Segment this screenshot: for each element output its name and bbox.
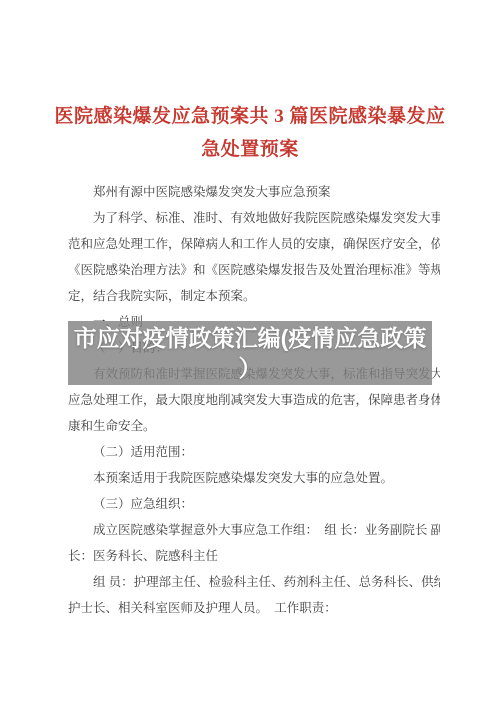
body-text-line: 康和生命安全。: [68, 413, 440, 439]
document-title: 医院感染爆发应急预案共 3 篇医院感染暴发应 急处置预案: [20, 100, 480, 166]
body-text-line: 长：医务科长、院感科主任: [68, 543, 440, 569]
title-line-1: 医院感染爆发应急预案共 3 篇医院感染暴发应: [20, 100, 480, 133]
body-text-line: 《医院感染治理方法》和《医院感染爆发报告及处置治理标准》等规: [68, 257, 440, 283]
body-text-line: 定，结合我院实际，制定本预案。: [68, 283, 440, 309]
body-text-line: （三）应急组织：: [68, 491, 440, 517]
body-text-line: 应急处理工作，最大限度地削减突发大事造成的危害，保障患者身体安: [68, 387, 440, 413]
body-text-line: 为了科学、标准、准时、有效地做好我院医院感染爆发突发大事防: [68, 205, 440, 231]
body-text-line: 郑州有源中医院感染爆发突发大事应急预案: [68, 179, 440, 205]
body-text-line: 组 员：护理部主任、检验科主任、药剂科主任、总务科长、供给室: [68, 569, 440, 595]
watermark-overlay: 市应对疫情政策汇编(疫情应急政策 ）: [68, 321, 432, 385]
body-text-line: 成立医院感染掌握意外大事应急工作组： 组 长：业务副院长 副组: [68, 517, 440, 543]
body-text-line: 护士长、相关科室医师及护理人员。 工作职责：: [68, 595, 440, 621]
watermark-text-line2: ）: [68, 353, 432, 383]
body-text-line: 范和应急处理工作，保障病人和工作人员的安康，确保医疗安全，依据: [68, 231, 440, 257]
body-text-line: （二）适用范围：: [68, 439, 440, 465]
title-line-2: 急处置预案: [20, 133, 480, 166]
document-body: 郑州有源中医院感染爆发突发大事应急预案为了科学、标准、准时、有效地做好我院医院感…: [68, 179, 440, 621]
watermark-text-line1: 市应对疫情政策汇编(疫情应急政策: [68, 323, 432, 353]
document-page: 医院感染爆发应急预案共 3 篇医院感染暴发应 急处置预案 郑州有源中医院感染爆发…: [0, 0, 500, 706]
body-text-line: 本预案适用于我院医院感染爆发突发大事的应急处置。: [68, 465, 440, 491]
